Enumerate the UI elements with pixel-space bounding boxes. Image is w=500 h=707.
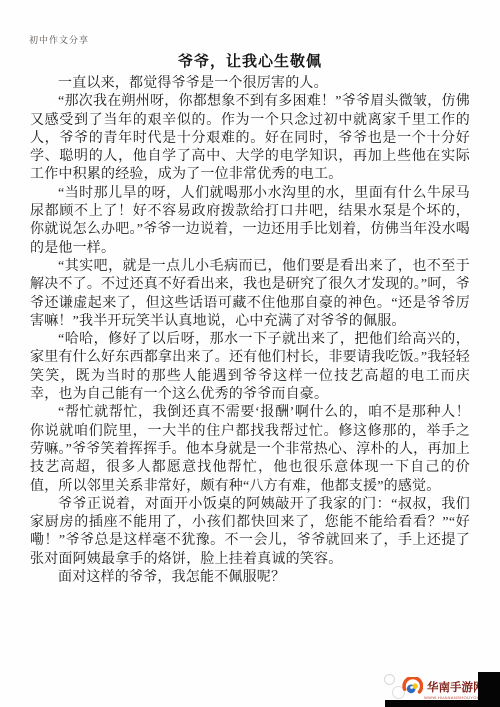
- essay-paragraph: 爷爷正说着，对面开小饭桌的阿姨敲开了我家的门：“叔叔，我们家厨房的插座不能用了，…: [30, 496, 470, 569]
- site-logo-name: 华南手游网: [427, 679, 479, 695]
- scanned-essay-page: 初中作文分享 爷爷，让我心生敬佩 一直以来，都觉得爷爷是一个很厉害的人。“那次我…: [0, 0, 500, 707]
- faint-paw-watermark-icon: [384, 674, 395, 685]
- essay-paragraph: 面对这样的爷爷，我怎能不佩服呢？: [30, 569, 470, 587]
- essay-paragraph: “那次我在朔州呀，你都想象不到有多困难！”爷爷眉头微皱，仿佛又感受到了当年的艰辛…: [30, 93, 470, 184]
- source-watermark: 初中作文分享: [29, 33, 89, 46]
- essay-title: 爷爷，让我心生敬佩: [30, 50, 470, 71]
- essay-body: 一直以来，都觉得爷爷是一个很厉害的人。“那次我在朔州呀，你都想象不到有多困难！”…: [30, 75, 470, 587]
- essay-paragraph: “当时那儿旱的呀，人们就喝那小水沟里的水，里面有什么牛尿马尿都顾不上了！好不容易…: [30, 185, 470, 258]
- essay-paragraph: “哈哈，修好了以后呀，那水一下子就出来了，把他们给高兴的，家里有什么好东西都拿出…: [30, 331, 470, 404]
- essay-content: 爷爷，让我心生敬佩 一直以来，都觉得爷爷是一个很厉害的人。“那次我在朔州呀，你都…: [30, 50, 470, 587]
- site-logo-icon: [402, 677, 423, 698]
- essay-paragraph: “其实吧，就是一点儿小毛病而已，他们要是看出来了，也不至于解决不了。不过还真不好…: [30, 258, 470, 331]
- corner-black-block: [478, 672, 500, 707]
- essay-paragraph: 一直以来，都觉得爷爷是一个很厉害的人。: [30, 75, 470, 93]
- essay-paragraph: “帮忙就帮忙，我倒还真不需要‘报酬’啊什么的，咱不是那种人！你说就咱们院里，一大…: [30, 404, 470, 495]
